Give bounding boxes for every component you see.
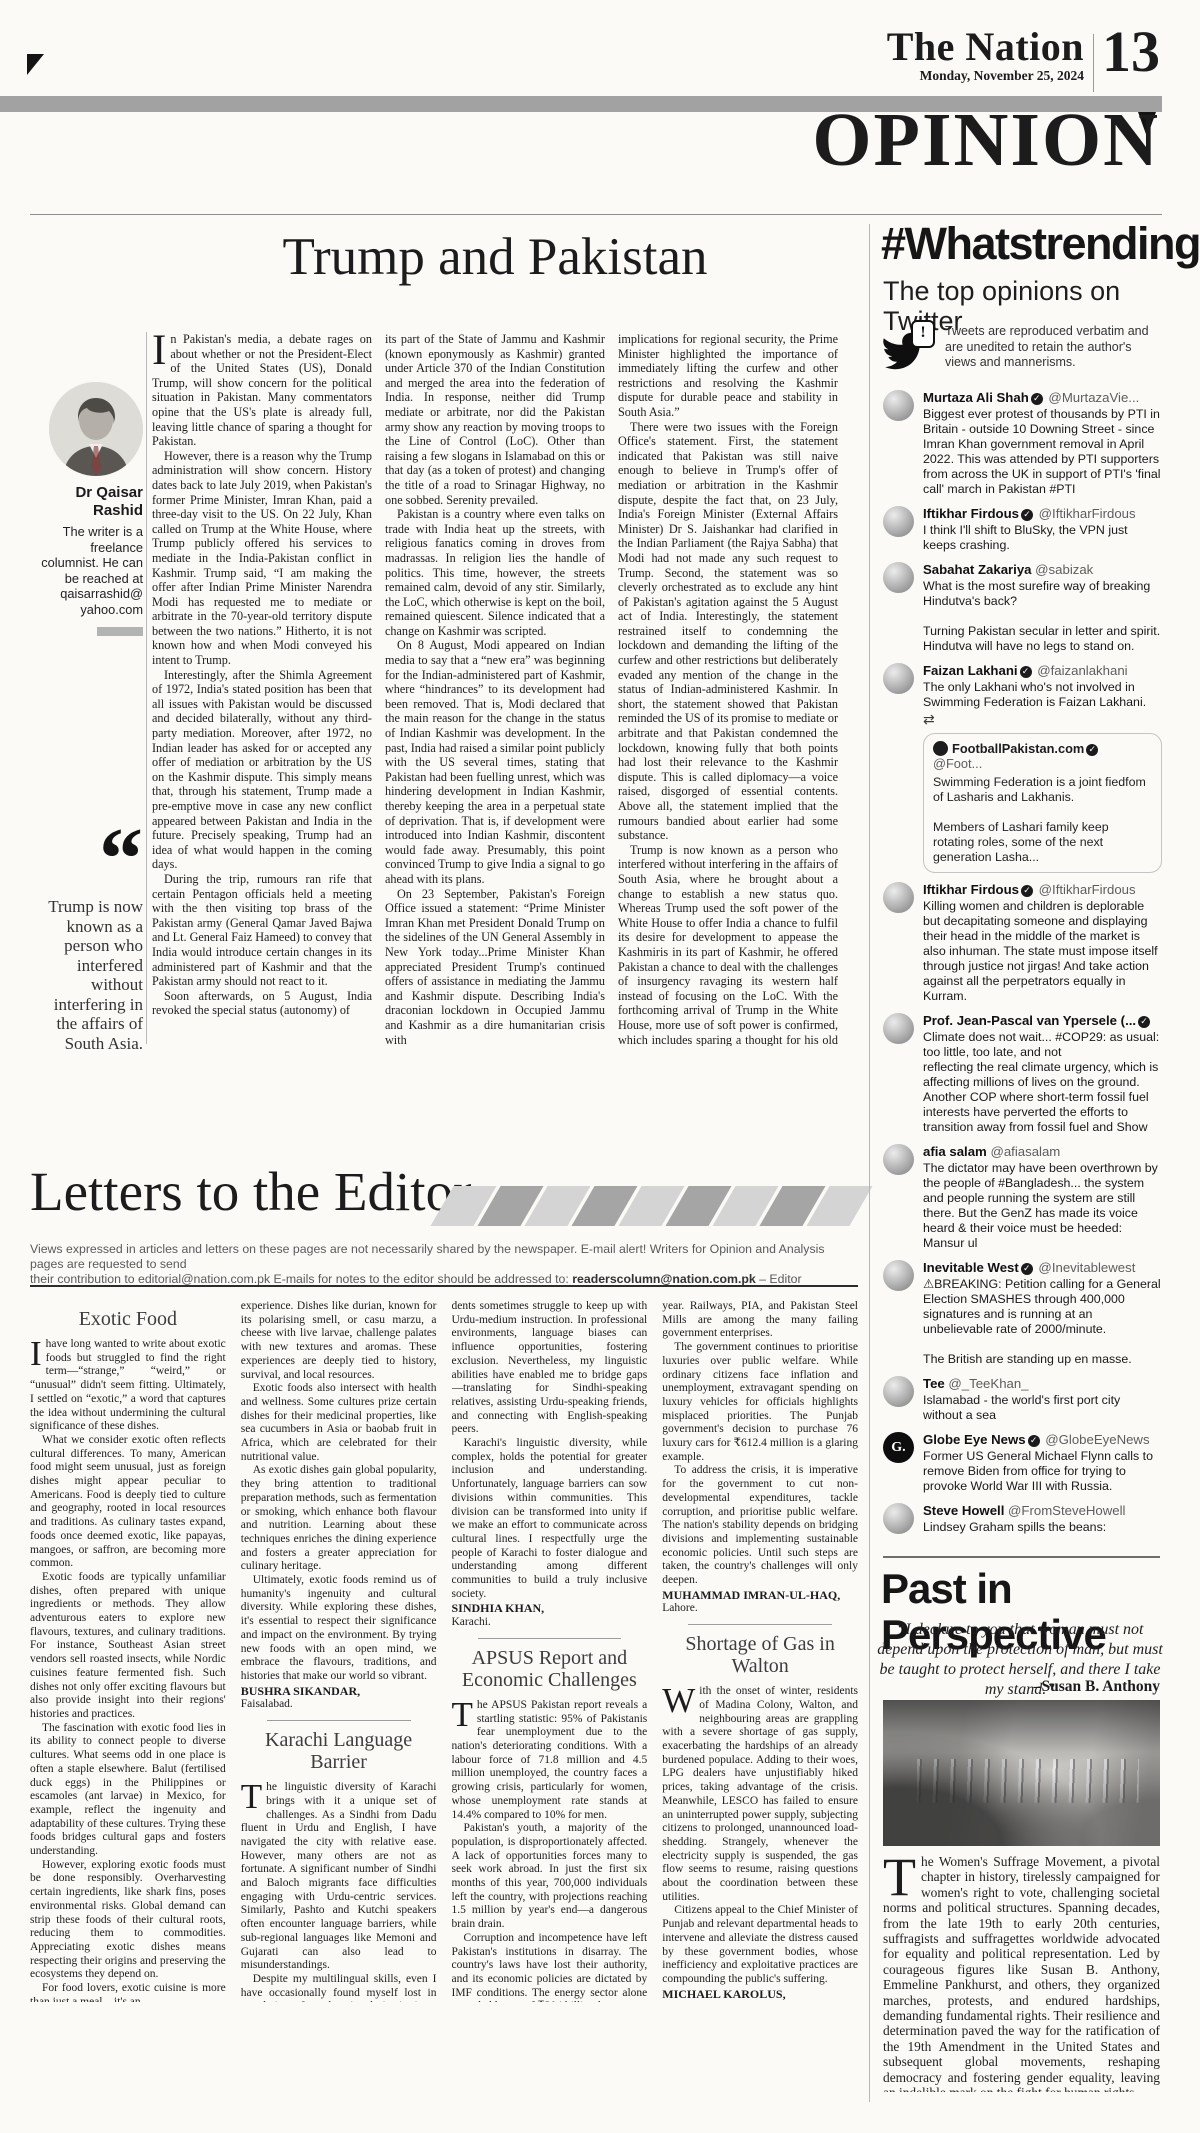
article-column: its part of the State of Jammu and Kashm… [385, 332, 605, 1046]
letter-signature: MUHAMMAD IMRAN-UL-HAQ,Lahore. [662, 1589, 858, 1616]
paragraph: Exotic foods also intersect with health … [241, 1382, 437, 1464]
verified-badge-icon: ✓ [1021, 885, 1033, 897]
drop-cap: W [662, 1685, 699, 1715]
verified-badge-icon: ✓ [1021, 509, 1033, 521]
paragraph: Pakistan's youth, a majority of the popu… [452, 1822, 648, 1932]
paragraph: The APSUS Pakistan report reveals a star… [452, 1699, 648, 1822]
tweet-avatar [883, 1260, 914, 1291]
tweet-text: Killing women and children is deplorable… [923, 899, 1162, 1004]
header-rule [30, 214, 1162, 215]
tweet: Prof. Jean-Pascal van Ypersele (...✓Clim… [883, 1013, 1162, 1135]
tweet-text: I think I'll shift to BluSky, the VPN ju… [923, 523, 1162, 553]
masthead: The Nation Monday, November 25, 2024 [887, 26, 1084, 84]
whatstrending-title: #Whatstrending [881, 220, 1200, 268]
letters-column: year. Railways, PIA, and Pakistan Steel … [662, 1300, 858, 2002]
verified-badge-icon: ✓ [1028, 1435, 1040, 1447]
drop-cap: I [30, 1338, 46, 1368]
tweet: Murtaza Ali Shah✓ @MurtazaVie...Biggest … [883, 390, 1162, 497]
tweet-avatar [883, 562, 914, 593]
letters-intro-line1: Views expressed in articles and letters … [30, 1242, 824, 1271]
tweet-avatar [883, 1376, 914, 1407]
paragraph: Citizens appeal to the Chief Minister of… [662, 1904, 858, 1986]
verified-badge-icon: ✓ [1031, 393, 1043, 405]
letters-rule [30, 1285, 858, 1287]
tweet-avatar [883, 1013, 914, 1044]
paragraph: Exotic foods are typically unfamiliar di… [30, 1571, 226, 1722]
article-title: Trump and Pakistan [152, 228, 838, 286]
author-bio: The writer is a freelance columnist. He … [30, 524, 143, 617]
tweet-avatar [883, 882, 914, 913]
article-vertical-rule [146, 332, 147, 1044]
tweet-text: Former US General Michael Flynn calls to… [923, 1449, 1162, 1494]
paragraph: Despite my multilingual skills, even I h… [241, 1973, 437, 2002]
tweet-handle: @FromSteveHowell [1004, 1503, 1125, 1518]
past-body: The Women's Suffrage Movement, a pivotal… [883, 1854, 1160, 2092]
sidebar-rule [869, 224, 870, 2102]
paragraph: Ihave long wanted to write about exotic … [30, 1338, 226, 1434]
letter-divider [688, 1624, 832, 1625]
paragraph: On 23 September, Pakistan's Foreign Offi… [385, 887, 605, 1046]
paragraph: Karachi's linguistic diversity, while co… [452, 1437, 648, 1601]
pull-quote: “ Trump is now known as a person who int… [30, 835, 143, 1053]
tweet-list: Murtaza Ali Shah✓ @MurtazaVie...Biggest … [883, 390, 1162, 1548]
paragraph: With the onset of winter, residents of M… [662, 1685, 858, 1904]
tweet-handle: @faizanlakhani [1034, 663, 1128, 678]
letter-signature: BUSHRA SIKANDAR,Faisalabad. [241, 1685, 437, 1712]
corner-triangle-decoration [27, 54, 44, 75]
author-photo [49, 382, 143, 476]
paragraph: In Pakistan's media, a debate rages on a… [152, 332, 372, 449]
section-title: OPINION [812, 100, 1160, 180]
paragraph: Corruption and incompetence have left Pa… [452, 1932, 648, 2002]
tweet-handle: @MurtazaVie... [1045, 390, 1140, 405]
past-body-text: he Women's Suffrage Movement, a pivotal … [883, 1854, 1160, 2092]
tweet-author: Globe Eye News✓ @GlobeEyeNews [923, 1432, 1162, 1448]
tweet-handle: @IftikharFirdous [1035, 506, 1136, 521]
tweet-text: What is the most surefire way of breakin… [923, 579, 1162, 654]
tweet-author: Prof. Jean-Pascal van Ypersele (...✓ [923, 1013, 1162, 1029]
tweet-author: afia salam @afiasalam [923, 1144, 1162, 1160]
tweet-avatar [883, 663, 914, 694]
tweet: G.Globe Eye News✓ @GlobeEyeNewsFormer US… [883, 1432, 1162, 1494]
paragraph: Interestingly, after the Shimla Agreemen… [152, 668, 372, 872]
article-column: In Pakistan's media, a debate rages on a… [152, 332, 372, 1046]
disclaimer-text: Tweets are reproduced verbatim and are u… [945, 320, 1161, 374]
letter-divider [478, 1638, 622, 1639]
paragraph: However, exploring exotic foods must be … [30, 1859, 226, 1982]
tweet-text: Lindsey Graham spills the beans: “This w… [923, 1520, 1162, 1548]
paragraph: Pakistan is a country where even talks o… [385, 507, 605, 638]
tweet-avatar [883, 390, 914, 421]
tweet-text: Biggest ever protest of thousands by PTI… [923, 407, 1162, 497]
paragraph: However, there is a reason why the Trump… [152, 449, 372, 668]
suffrage-parade-photo [883, 1700, 1160, 1846]
paragraph: Soon afterwards, on 5 August, India revo… [152, 989, 372, 1018]
letters-intro-line2: their contribution to editorial@nation.c… [30, 1272, 572, 1286]
tweet-author: Steve Howell @FromSteveHowell [923, 1503, 1162, 1519]
tweet-handle: @Inevitablewest [1035, 1260, 1136, 1275]
letters-columns: Exotic FoodIhave long wanted to write ab… [30, 1300, 858, 2002]
paragraph: dents sometimes struggle to keep up with… [452, 1300, 648, 1437]
letter-heading: Shortage of Gas in Walton [662, 1633, 858, 1677]
paragraph: During the trip, rumours ran rife that c… [152, 872, 372, 989]
paragraph: On 8 August, Modi appeared on Indian med… [385, 638, 605, 886]
letters-intro-editor: – Editor [756, 1272, 802, 1286]
verified-badge-icon: ✓ [1086, 744, 1098, 756]
tweet-author: Iftikhar Firdous✓ @IftikharFirdous [923, 506, 1162, 522]
tweet-avatar: G. [883, 1432, 914, 1463]
author-name: Dr Qaisar Rashid [30, 484, 143, 520]
tweet-author: Murtaza Ali Shah✓ @MurtazaVie... [923, 390, 1162, 406]
paragraph: its part of the State of Jammu and Kashm… [385, 332, 605, 507]
letter-signature: MICHAEL KAROLUS,Lahore. [662, 1988, 858, 2002]
tweet-avatar [883, 506, 914, 537]
tweet-handle: @GlobeEyeNews [1042, 1432, 1150, 1447]
letters-intro: Views expressed in articles and letters … [30, 1242, 858, 1287]
quoted-tweet-text: Swimming Federation is a joint fiedfom o… [933, 775, 1152, 865]
letter-heading: Exotic Food [30, 1308, 226, 1330]
paragraph: For food lovers, exotic cuisine is more … [30, 1982, 226, 2002]
paragraph: As exotic dishes gain global popularity,… [241, 1464, 437, 1574]
quoted-tweet: FootballPakistan.com✓ @Foot...Swimming F… [923, 733, 1162, 873]
tweet-author: Tee @_TeeKhan_ [923, 1376, 1162, 1392]
drop-cap: T [452, 1699, 477, 1729]
paragraph: To address the crisis, it is imperative … [662, 1464, 858, 1587]
tweet: Steve Howell @FromSteveHowellLindsey Gra… [883, 1503, 1162, 1548]
tweet: afia salam @afiasalamThe dictator may ha… [883, 1144, 1162, 1251]
paragraph: Trump is now known as a person who inter… [618, 843, 838, 1046]
tweet-text: Islamabad - the world's first port city … [923, 1393, 1162, 1423]
verified-badge-icon: ✓ [1021, 1263, 1033, 1275]
pull-quote-text: Trump is now known as a person who inter… [30, 897, 143, 1053]
tweet-author: Faizan Lakhani✓ @faizanlakhani [923, 663, 1162, 679]
tweet: Iftikhar Firdous✓ @IftikharFirdousI thin… [883, 506, 1162, 553]
tweet-text: Climate does not wait... #COP29: as usua… [923, 1030, 1162, 1135]
verified-badge-icon: ✓ [1020, 666, 1032, 678]
quoted-tweet-handle: @Foot... [933, 756, 982, 771]
verified-badge-icon: ✓ [1138, 1016, 1150, 1028]
tweet-avatar [883, 1144, 914, 1175]
tweet-avatar [883, 1503, 914, 1534]
letter-heading: APSUS Report and Economic Challenges [452, 1647, 648, 1691]
paragraph: year. Railways, PIA, and Pakistan Steel … [662, 1300, 858, 1341]
tweet-text: ⚠BREAKING: Petition calling for a Genera… [923, 1277, 1162, 1367]
author-rail-bar [97, 627, 143, 636]
paragraph: What we consider exotic often reflects c… [30, 1434, 226, 1571]
exclamation-bubble-icon: ! [911, 320, 935, 348]
letters-column: experience. Dishes like durian, known fo… [241, 1300, 437, 2002]
letters-title: Letters to the Editor [30, 1162, 471, 1222]
paragraph: There were two issues with the Foreign O… [618, 420, 838, 843]
tweet: Tee @_TeeKhan_Islamabad - the world's fi… [883, 1376, 1162, 1423]
tweet: Inevitable West✓ @Inevitablewest⚠BREAKIN… [883, 1260, 1162, 1367]
tweet-handle: @afiasalam [987, 1144, 1061, 1159]
article-columns: In Pakistan's media, a debate rages on a… [152, 332, 838, 1046]
retweet-icon: ⇄ [923, 712, 1162, 728]
paragraph: The fascination with exotic food lies in… [30, 1722, 226, 1859]
quote-mark-icon: “ [30, 835, 143, 885]
author-rail: Dr Qaisar Rashid The writer is a freelan… [30, 330, 143, 636]
tweet-author: Inevitable West✓ @Inevitablewest [923, 1260, 1162, 1276]
author-portrait-image [49, 382, 143, 476]
tweet-author: Sabahat Zakariya @sabizak [923, 562, 1162, 578]
letter-signature: SINDHIA KHAN,Karachi. [452, 1602, 648, 1629]
tweet-handle: @sabizak [1032, 562, 1094, 577]
masthead-divider [1093, 34, 1094, 92]
quoted-tweet-avatar [933, 741, 948, 756]
paragraph: Ultimately, exotic foods remind us of hu… [241, 1574, 437, 1684]
past-quote-attribution: –Susan B. Anthony [883, 1678, 1160, 1696]
page-number: 13 [1102, 22, 1160, 82]
twitter-bird-icon: ! [883, 320, 935, 374]
tweet-text: The dictator may have been overthrown by… [923, 1161, 1162, 1251]
paragraph: experience. Dishes like durian, known fo… [241, 1300, 437, 1382]
drop-cap: T [241, 1781, 266, 1811]
paragraph: The linguistic diversity of Karachi brin… [241, 1781, 437, 1973]
whatstrending-disclaimer: ! Tweets are reproduced verbatim and are… [883, 320, 1161, 374]
article-column: implications for regional security, the … [618, 332, 838, 1046]
letters-column: Exotic FoodIhave long wanted to write ab… [30, 1300, 226, 2002]
letter-heading: Karachi Language Barrier [241, 1729, 437, 1773]
tweet: Iftikhar Firdous✓ @IftikharFirdousKillin… [883, 882, 1162, 1004]
tweet-author: Iftikhar Firdous✓ @IftikharFirdous [923, 882, 1162, 898]
letter-divider [267, 1720, 411, 1721]
past-section-rule [883, 1556, 1160, 1558]
letters-column: dents sometimes struggle to keep up with… [452, 1300, 648, 2002]
paragraph: The government continues to prioritise l… [662, 1341, 858, 1464]
paper-date: Monday, November 25, 2024 [887, 68, 1084, 84]
tweet: Faizan Lakhani✓ @faizanlakhaniThe only L… [883, 663, 1162, 873]
paper-name: The Nation [887, 26, 1084, 68]
newspaper-page: The Nation Monday, November 25, 2024 13 … [0, 0, 1200, 2133]
paragraph: implications for regional security, the … [618, 332, 838, 420]
tweet-handle: @_TeeKhan_ [945, 1376, 1029, 1391]
tweet-text: The only Lakhani who's not involved in S… [923, 680, 1162, 710]
tweet-handle: @IftikharFirdous [1035, 882, 1136, 897]
letters-email: readerscolumn@nation.com.pk [572, 1272, 756, 1286]
tweet: Sabahat Zakariya @sabizakWhat is the mos… [883, 562, 1162, 654]
drop-cap: T [883, 1854, 921, 1899]
quoted-tweet-author: FootballPakistan.com✓ @Foot... [933, 741, 1152, 771]
drop-cap: I [152, 332, 170, 368]
letters-header-stripes [442, 1186, 861, 1226]
